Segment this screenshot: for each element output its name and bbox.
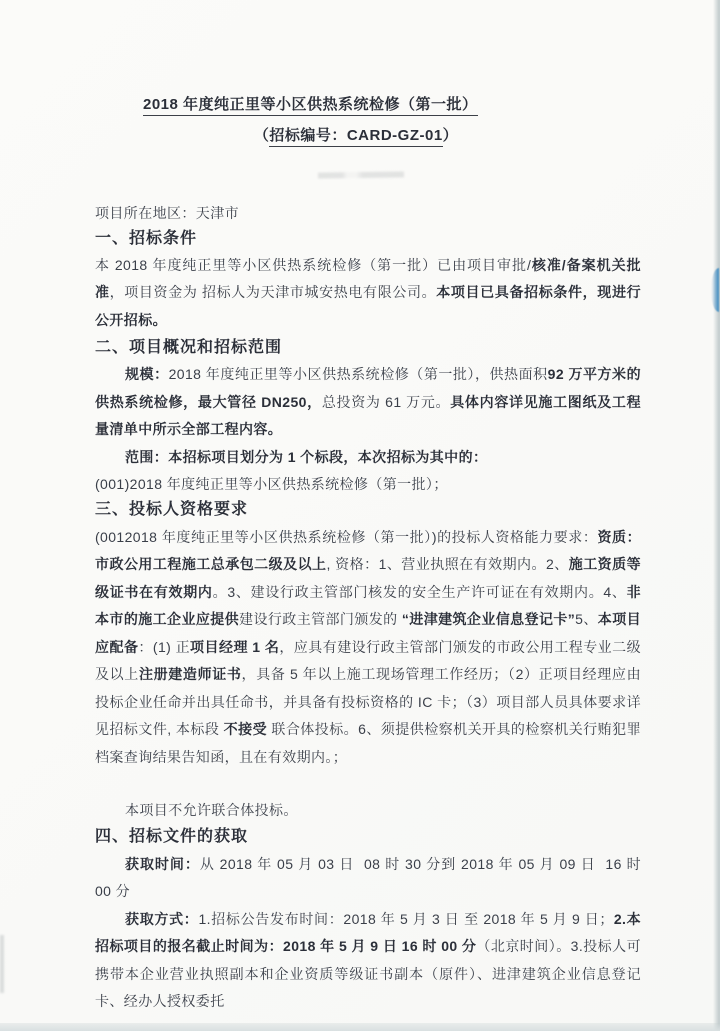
tender-number-run: ） — [443, 127, 459, 144]
section-4-heading: 四、招标文件的获取 — [95, 826, 641, 848]
qualification-para-run: 。3、建设行政主管部门核发的安全生产许可证在有效期内。4、 — [213, 584, 627, 600]
page-right-edge — [713, 0, 720, 1031]
tender-conditions-para-run: ，项目资金为 招标人为天津市城安热电有限公司。 — [110, 284, 437, 300]
tender-conditions-para-run: 本 2018 年度纯正里等小区供热系统检修（第一批）已由项目审批/ — [95, 257, 531, 273]
scale-para-run: 规模： — [125, 366, 169, 382]
obtain-method-para-run: 获取方式： — [125, 911, 198, 927]
no-consortium-para: 本项目不允许联合体投标。 — [95, 797, 641, 825]
scope-para-run: 范围：本招标项目划分为 1 个标段，本次招标为其中的： — [125, 449, 487, 465]
tender-number: （招标编号：CARD-GZ-01） — [95, 126, 617, 146]
scope-para: 范围：本招标项目划分为 1 个标段，本次招标为其中的： — [95, 444, 641, 472]
qualification-para-run: 项目经理 1 名 — [190, 639, 279, 655]
qualification-para-run: ：(1) 正 — [138, 639, 190, 655]
scale-para-run: 2018 年度纯正里等小区供热系统检修（第一批），供热面积 — [169, 366, 548, 382]
section-3-heading: 三、投标人资格要求 — [95, 499, 641, 521]
lot-001-para: (001)2018 年度纯正里等小区供热系统检修（第一批）； — [95, 471, 641, 499]
tender-conditions-para: 本 2018 年度纯正里等小区供热系统检修（第一批）已由项目审批/核准/备案机关… — [95, 252, 641, 335]
qualification-para-run: 不接受 — [224, 721, 267, 737]
lot-001-para-run: (001)2018 年度纯正里等小区供热系统检修（第一批）； — [95, 476, 448, 492]
qualification-para-run: (0012018 年度纯正里等小区供热系统检修（第一批）)的投标人资格能力要求： — [95, 529, 597, 545]
scanned-page: 2018 年度纯正里等小区供热系统检修（第一批）（招标编号：CARD-GZ-01… — [0, 0, 720, 1031]
no-consortium-para-run: 本项目不允许联合体投标。 — [125, 802, 298, 818]
scale-para-run: 总投资为 61 万元。 — [322, 394, 450, 410]
qualification-para-run: “进津建筑企业信息登记卡” — [402, 611, 575, 627]
obtain-method-para: 获取方式：1.招标公告发布时间：2018 年 5 月 3 日 至 2018 年 … — [95, 906, 641, 1016]
page-bottom-edge — [0, 1023, 720, 1031]
section-2-heading: 二、项目概况和招标范围 — [95, 337, 641, 359]
tender-number-run: 招标编号：CARD-GZ-01 — [269, 127, 442, 147]
qualification-para: (0012018 年度纯正里等小区供热系统检修（第一批）)的投标人资格能力要求：… — [95, 524, 641, 772]
doc-title-run: 2018 年度纯正里等小区供热系统检修（第一批） — [143, 96, 478, 116]
section-1-heading-run: 一、招标条件 — [95, 230, 197, 247]
scale-para: 规模：2018 年度纯正里等小区供热系统检修（第一批），供热面积92 万平方米的… — [95, 361, 641, 444]
obtain-method-para-run: 1.招标公告发布时间：2018 年 5 月 3 日 至 2018 年 5 月 9… — [198, 911, 613, 927]
qualification-para-run: , 资格：1、营业执照在有效期内。2、 — [327, 556, 569, 572]
obtain-time-para: 获取时间：从 2018 年 05 月 03 日 08 时 30 分到 2018 … — [95, 851, 641, 906]
obtain-time-para-run: 获取时间： — [125, 856, 200, 872]
project-location-run: 项目所在地区：天津市 — [95, 205, 239, 221]
section-4-heading-run: 四、招标文件的获取 — [95, 828, 248, 845]
section-1-heading: 一、招标条件 — [95, 228, 641, 250]
section-2-heading-run: 二、项目概况和招标范围 — [95, 339, 282, 356]
qualification-para-run: 注册建造师证书 — [139, 666, 242, 682]
tender-number-run: （ — [254, 127, 270, 144]
scan-artifact-left — [0, 935, 4, 993]
document-body: 2018 年度纯正里等小区供热系统检修（第一批）（招标编号：CARD-GZ-01… — [95, 94, 641, 1016]
project-location: 项目所在地区：天津市 — [95, 200, 641, 228]
doc-title: 2018 年度纯正里等小区供热系统检修（第一批） — [143, 94, 478, 116]
qualification-para-run: 5、 — [575, 611, 598, 627]
qualification-para-run: 建设行政主管部门颁发的 — [239, 611, 402, 627]
section-3-heading-run: 三、投标人资格要求 — [95, 501, 248, 518]
